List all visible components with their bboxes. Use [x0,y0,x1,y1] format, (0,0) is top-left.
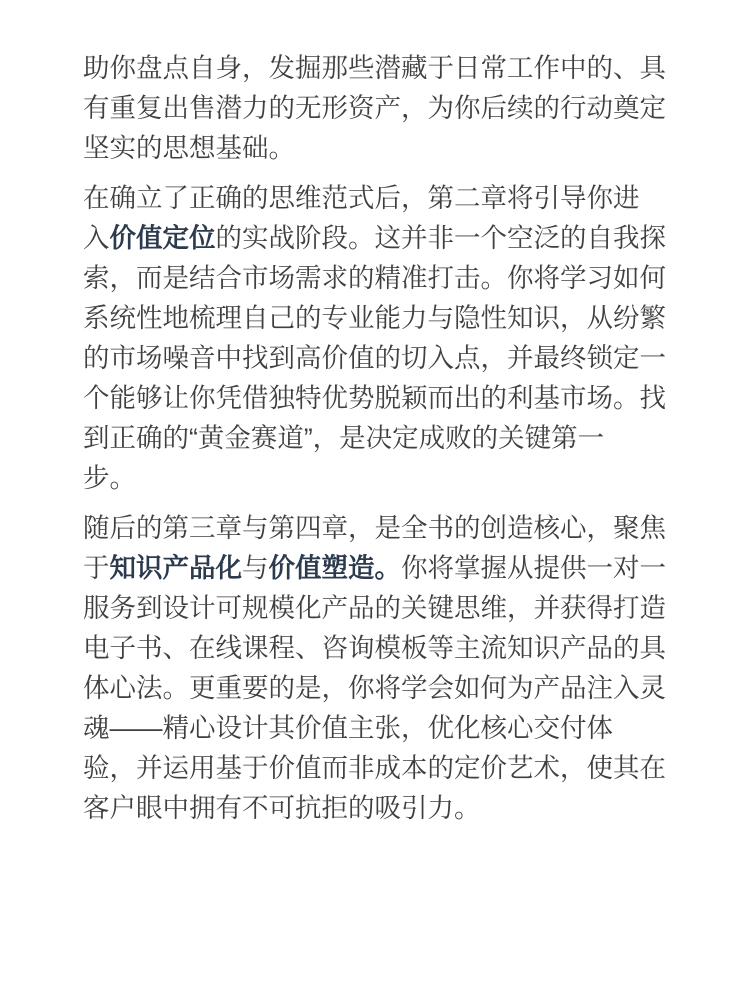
body-text: 随后的第三章与第四章，是全书的创造核心，聚焦 [83,513,666,543]
document-page: 助你盘点自身，发掘那些潜藏于日常工作中的、具有重复出售潜力的无形资产，为你后续的… [0,0,750,1000]
body-text: 助你盘点自身，发掘那些潜藏于日常工作中的、具 [83,53,666,83]
text-line: 在确立了正确的思维范式后，第二章将引导你进 [83,178,750,218]
text-line: 有重复出售潜力的无形资产，为你后续的行动奠定 [83,88,750,128]
paragraph: 随后的第三章与第四章，是全书的创造核心，聚焦于知识产品化与价值塑造。你将掌握从提… [83,508,750,828]
body-text: 体心法。更重要的是，你将学会如何为产品注入灵 [83,673,666,703]
emphasis-text: 价值塑造。 [269,553,402,583]
text-line: 入价值定位的实战阶段。这并非一个空泛的自我探 [83,218,750,258]
body-text: 于 [83,553,110,583]
body-text: 服务到设计可规模化产品的关键思维，并获得打造 [83,593,666,623]
body-text: 在确立了正确的思维范式后，第二章将引导你进 [83,183,640,213]
emphasis-text: 价值定位 [110,223,216,253]
body-text: 的实战阶段。这并非一个空泛的自我探 [216,223,667,253]
body-text: 到正确的“黄金赛道”，是决定成败的关键第一 [83,423,604,453]
text-line: 魂——精心设计其价值主张，优化核心交付体 [83,708,750,748]
text-line: 步。 [83,458,750,498]
text-line: 随后的第三章与第四章，是全书的创造核心，聚焦 [83,508,750,548]
text-line: 验，并运用基于价值而非成本的定价艺术，使其在 [83,748,750,788]
text-line: 电子书、在线课程、咨询模板等主流知识产品的具 [83,628,750,668]
article-body: 助你盘点自身，发掘那些潜藏于日常工作中的、具有重复出售潜力的无形资产，为你后续的… [83,48,750,828]
body-text: 魂——精心设计其价值主张，优化核心交付体 [83,713,613,743]
body-text: 你将掌握从提供一对一 [401,553,666,583]
body-text: 索，而是结合市场需求的精准打击。你将学习如何 [83,263,666,293]
body-text: 个能够让你凭借独特优势脱颖而出的利基市场。找 [83,383,666,413]
body-text: 坚实的思想基础。 [83,133,295,163]
text-line: 索，而是结合市场需求的精准打击。你将学习如何 [83,258,750,298]
paragraph: 助你盘点自身，发掘那些潜藏于日常工作中的、具有重复出售潜力的无形资产，为你后续的… [83,48,750,168]
text-line: 到正确的“黄金赛道”，是决定成败的关键第一 [83,418,750,458]
text-line: 系统性地梳理自己的专业能力与隐性知识，从纷繁 [83,298,750,338]
body-text: 入 [83,223,110,253]
paragraph: 在确立了正确的思维范式后，第二章将引导你进入价值定位的实战阶段。这并非一个空泛的… [83,178,750,498]
emphasis-text: 知识产品化 [110,553,243,583]
text-line: 个能够让你凭借独特优势脱颖而出的利基市场。找 [83,378,750,418]
text-line: 坚实的思想基础。 [83,128,750,168]
text-line: 的市场噪音中找到高价值的切入点，并最终锁定一 [83,338,750,378]
body-text: 有重复出售潜力的无形资产，为你后续的行动奠定 [83,93,666,123]
text-line: 助你盘点自身，发掘那些潜藏于日常工作中的、具 [83,48,750,88]
body-text: 客户眼中拥有不可抗拒的吸引力。 [83,793,481,823]
body-text: 与 [242,553,269,583]
text-line: 客户眼中拥有不可抗拒的吸引力。 [83,788,750,828]
body-text: 的市场噪音中找到高价值的切入点，并最终锁定一 [83,343,666,373]
body-text: 电子书、在线课程、咨询模板等主流知识产品的具 [83,633,666,663]
text-line: 体心法。更重要的是，你将学会如何为产品注入灵 [83,668,750,708]
body-text: 步。 [83,463,136,493]
text-line: 于知识产品化与价值塑造。你将掌握从提供一对一 [83,548,750,588]
body-text: 系统性地梳理自己的专业能力与隐性知识，从纷繁 [83,303,666,333]
body-text: 验，并运用基于价值而非成本的定价艺术，使其在 [83,753,666,783]
text-line: 服务到设计可规模化产品的关键思维，并获得打造 [83,588,750,628]
